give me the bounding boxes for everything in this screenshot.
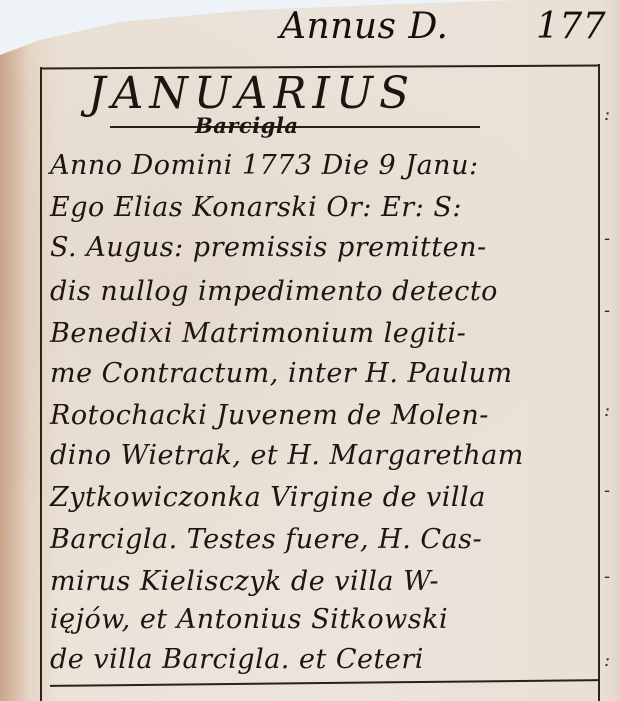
margin-mark: -: [604, 566, 610, 587]
ruled-frame-left: [40, 67, 42, 701]
entry-line: mirus Kielisczyk de villa W-: [50, 566, 439, 597]
entry-line: Barcigla. Testes fuere, H. Cas-: [50, 524, 482, 555]
entry-line: S. Augus: premissis premitten-: [50, 232, 487, 263]
entry-line: ięjów, et Antonius Sitkowski: [50, 604, 448, 635]
year-fragment: 177: [536, 6, 606, 47]
entry-line: Benedixi Matrimonium legiti-: [50, 318, 466, 349]
entry-line: de villa Barcigla. et Ceteri: [50, 644, 424, 675]
margin-mark: :: [604, 650, 610, 671]
month-title: JANUARIUS: [88, 68, 415, 119]
ruled-frame-right: [598, 64, 600, 701]
margin-mark: :: [604, 400, 610, 421]
entry-line: dino Wietrak, et H. Margaretham: [50, 440, 524, 471]
entry-line: dis nullog impedimento detecto: [50, 276, 498, 307]
margin-mark: -: [604, 300, 610, 321]
entry-line: Anno Domini 1773 Die 9 Janu:: [50, 150, 479, 181]
running-head: Annus D.: [280, 6, 449, 47]
margin-mark: :: [604, 104, 610, 125]
page-spine-shadow: [0, 40, 28, 701]
entry-line: me Contractum, inter H. Paulum: [50, 358, 513, 389]
margin-mark: -: [604, 480, 610, 501]
village-heading: Barcigla: [195, 113, 298, 138]
entry-line: Ego Elias Konarski Or: Er: S:: [50, 192, 462, 223]
ruled-frame-bottom: [50, 679, 600, 687]
margin-mark: -: [604, 228, 610, 249]
entry-line: Rotochacki Juvenem de Molen-: [50, 400, 489, 431]
manuscript-page: Annus D. 177 JANUARIUS Barcigla Anno Dom…: [0, 0, 620, 701]
entry-line: Zytkowiczonka Virgine de villa: [50, 482, 486, 513]
